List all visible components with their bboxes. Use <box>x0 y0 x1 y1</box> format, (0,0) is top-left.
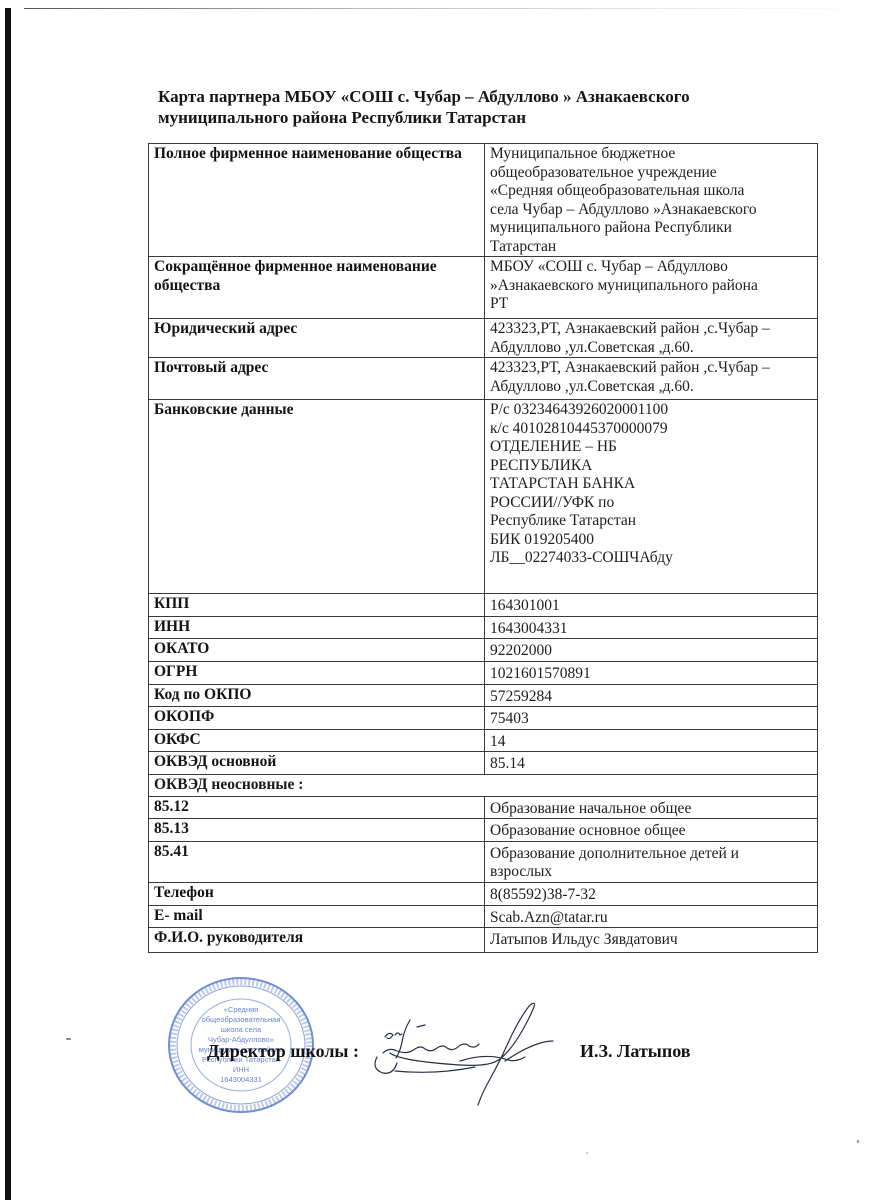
table-row-director: Ф.И.О. руководителя Латыпов Ильдус Зявда… <box>149 928 818 953</box>
value-line: ТАТАРСТАН БАНКА <box>490 475 812 494</box>
row-value: Муниципальное бюджетное общеобразователь… <box>485 144 818 257</box>
table-row-okato: ОКАТО 92202000 <box>149 639 818 662</box>
row-value: Латыпов Ильдус Зявдатович <box>485 928 818 953</box>
row-label: ОГРН <box>149 662 485 685</box>
value-line: 423323,РТ, Азнакаевский район ,с.Чубар – <box>490 359 812 378</box>
row-label: 85.41 <box>149 841 485 882</box>
value-line: Образование дополнительное детей и <box>490 845 812 864</box>
row-label: ОКФС <box>149 729 485 752</box>
table-row-kpp: КПП 164301001 <box>149 594 818 617</box>
stamp-line: школа села <box>221 1025 261 1035</box>
value-line: общеобразовательное учреждение <box>490 164 812 183</box>
row-value: Образование начальное общее <box>485 796 818 819</box>
value-line: Абдуллово ,ул.Советская ,д.60. <box>490 378 812 397</box>
row-label: ОКОПФ <box>149 707 485 730</box>
document-title-line-1: Карта партнера МБОУ «СОШ с. Чубар – Абду… <box>158 86 798 107</box>
row-label: КПП <box>149 594 485 617</box>
value-line: ЛБ__02274033-СОШЧАбду <box>490 549 812 568</box>
row-value: Scab.Azn@tatar.ru <box>485 905 818 928</box>
row-value: Образование основное общее <box>485 819 818 842</box>
stamp-line: ИНН <box>233 1065 249 1075</box>
value-line: взрослых <box>490 863 812 882</box>
partner-card-table: Полное фирменное наименование общества М… <box>148 143 818 953</box>
row-value: 14 <box>485 729 818 752</box>
table-row-okved-85-41: 85.41 Образование дополнительное детей и… <box>149 841 818 882</box>
row-value: 1643004331 <box>485 616 818 639</box>
table-row-okpo: Код по ОКПО 57259284 <box>149 684 818 707</box>
row-label: Почтовый адрес <box>149 358 485 400</box>
section-heading: ОКВЭД неосновные : <box>149 774 818 796</box>
stamp-line: общеобразовательная <box>202 1015 281 1025</box>
value-line: РТ <box>490 295 812 314</box>
row-label: E- mail <box>149 905 485 928</box>
value-line: Абдуллово ,ул.Советская ,д.60. <box>490 339 812 358</box>
director-name: И.З. Латыпов <box>580 1041 691 1062</box>
table-row-phone: Телефон 8(85592)38-7-32 <box>149 882 818 905</box>
value-line: »Азнакаевского муниципального района <box>490 277 812 296</box>
value-line: муниципального района Республики <box>490 219 812 238</box>
value-line: Муниципальное бюджетное <box>490 145 812 164</box>
row-value: 75403 <box>485 707 818 730</box>
signature-icon <box>365 995 555 1115</box>
row-value: МБОУ «СОШ с. Чубар – Абдуллово »Азнакаев… <box>485 257 818 319</box>
table-row-full-name: Полное фирменное наименование общества М… <box>149 144 818 257</box>
table-row-okopf: ОКОПФ 75403 <box>149 707 818 730</box>
row-label: Код по ОКПО <box>149 684 485 707</box>
row-value: 423323,РТ, Азнакаевский район ,с.Чубар –… <box>485 319 818 358</box>
value-line: «Средняя общеобразовательная школа <box>490 182 812 201</box>
scan-top-edge <box>24 8 872 9</box>
table-row-okved-85-12: 85.12 Образование начальное общее <box>149 796 818 819</box>
value-line: РОССИИ//УФК по <box>490 494 812 513</box>
table-row-postal-address: Почтовый адрес 423323,РТ, Азнакаевский р… <box>149 358 818 400</box>
value-line: БИК 019205400 <box>490 531 812 550</box>
row-label: 85.13 <box>149 819 485 842</box>
row-label: Сокращённое фирменное наименование общес… <box>149 257 485 319</box>
row-value: 57259284 <box>485 684 818 707</box>
document-title-line-2: муниципального района Республики Татарст… <box>158 107 798 128</box>
value-line: Р/с 03234643926020001100 <box>490 401 812 420</box>
table-row-short-name: Сокращённое фирменное наименование общес… <box>149 257 818 319</box>
value-line: МБОУ «СОШ с. Чубар – Абдуллово <box>490 258 812 277</box>
table-row-legal-address: Юридический адрес 423323,РТ, Азнакаевски… <box>149 319 818 358</box>
row-value: 85.14 <box>485 752 818 775</box>
row-label: ОКВЭД основной <box>149 752 485 775</box>
handwritten-signature <box>365 995 555 1115</box>
scan-left-edge <box>5 8 11 1200</box>
row-label: ИНН <box>149 616 485 639</box>
row-label: ОКАТО <box>149 639 485 662</box>
row-label: Полное фирменное наименование общества <box>149 144 485 257</box>
table-row-okved-85-13: 85.13 Образование основное общее <box>149 819 818 842</box>
table-row-okfs: ОКФС 14 <box>149 729 818 752</box>
table-row-bank-details: Банковские данные Р/с 032346439260200011… <box>149 400 818 594</box>
document-title: Карта партнера МБОУ «СОШ с. Чубар – Абду… <box>158 86 798 128</box>
row-value: 164301001 <box>485 594 818 617</box>
value-line: ОТДЕЛЕНИЕ – НБ <box>490 438 812 457</box>
value-line: Республике Татарстан <box>490 512 812 531</box>
row-value: 423323,РТ, Азнакаевский район ,с.Чубар –… <box>485 358 818 400</box>
table-row-email: E- mail Scab.Azn@tatar.ru <box>149 905 818 928</box>
row-label: Юридический адрес <box>149 319 485 358</box>
table-row-okved-secondary-header: ОКВЭД неосновные : <box>149 774 818 796</box>
value-line: села Чубар – Абдуллово »Азнакаевского <box>490 201 812 220</box>
row-value: 92202000 <box>485 639 818 662</box>
row-label: 85.12 <box>149 796 485 819</box>
row-value: Образование дополнительное детей и взрос… <box>485 841 818 882</box>
row-label: Ф.И.О. руководителя <box>149 928 485 953</box>
value-line: РЕСПУБЛИКА <box>490 457 812 476</box>
value-line: 423323,РТ, Азнакаевский район ,с.Чубар – <box>490 320 812 339</box>
row-label: Телефон <box>149 882 485 905</box>
table-row-ogrn: ОГРН 1021601570891 <box>149 662 818 685</box>
value-line: к/с 40102810445370000079 <box>490 420 812 439</box>
row-value: Р/с 03234643926020001100 к/с 40102810445… <box>485 400 818 594</box>
director-label: Директор школы : <box>207 1041 359 1062</box>
value-line: Татарстан <box>490 238 812 257</box>
table-row-okved-main: ОКВЭД основной 85.14 <box>149 752 818 775</box>
table-row-inn: ИНН 1643004331 <box>149 616 818 639</box>
row-value: 1021601570891 <box>485 662 818 685</box>
row-value: 8(85592)38-7-32 <box>485 882 818 905</box>
stamp-line: «Средняя <box>224 1005 258 1015</box>
row-label: Банковские данные <box>149 400 485 594</box>
stamp-line: 1643004331 <box>220 1075 262 1085</box>
